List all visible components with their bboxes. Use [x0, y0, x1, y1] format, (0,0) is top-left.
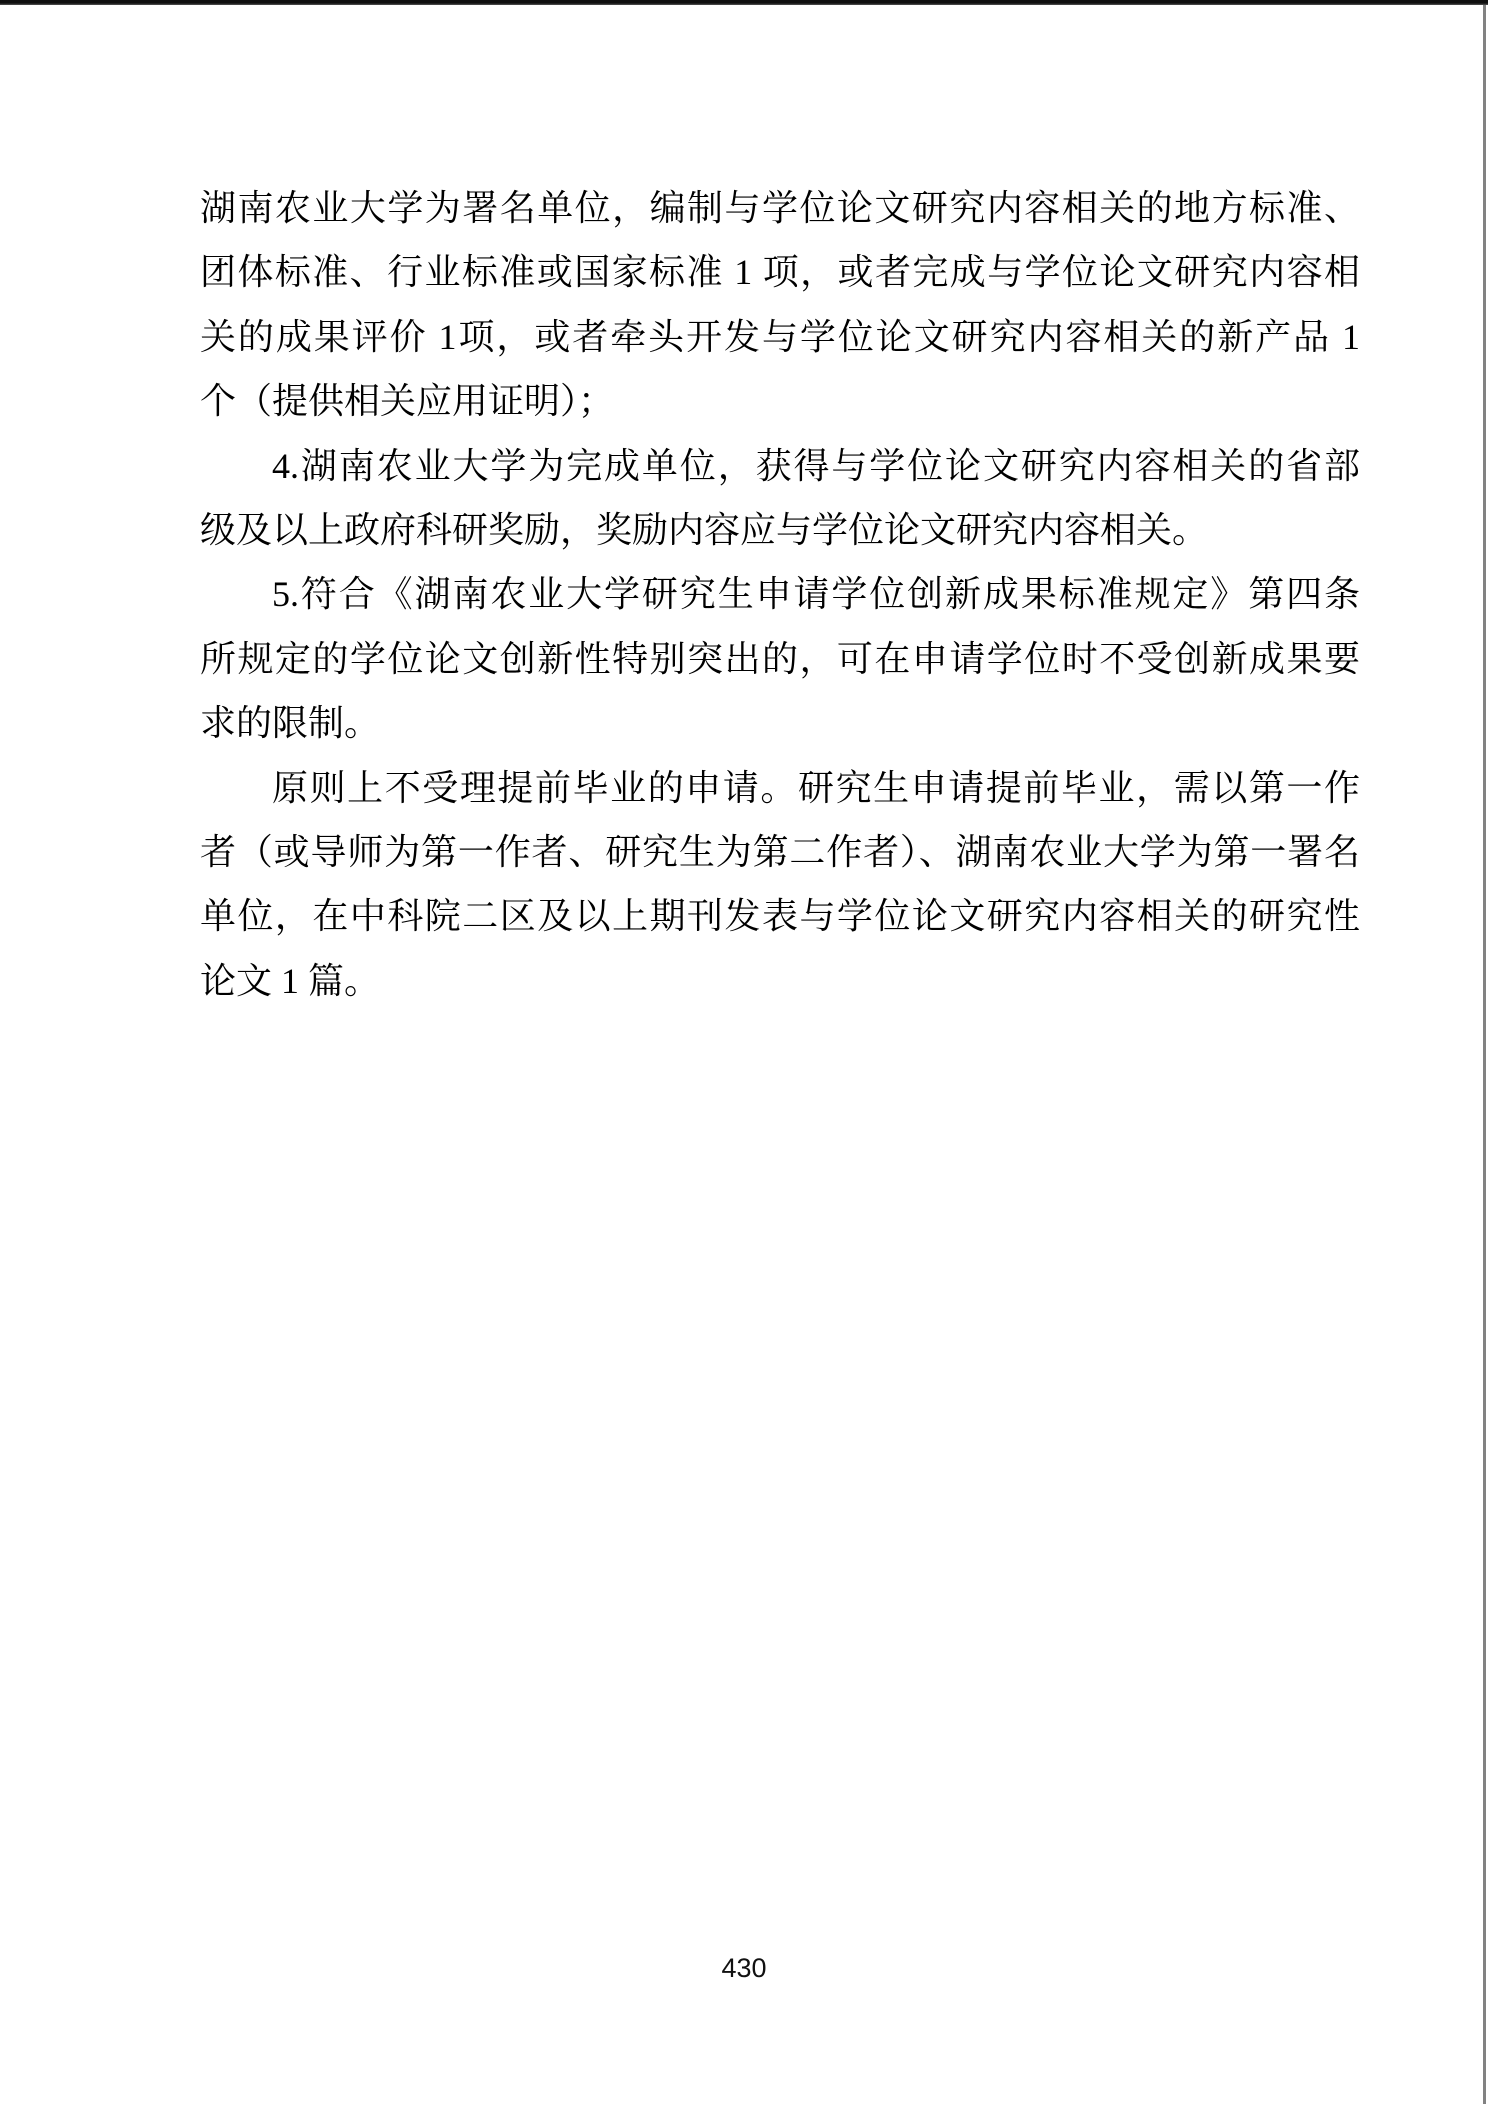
- text-line: 者（或导师为第一作者、研究生为第二作者）、湖南农业大学为第一署名: [200, 820, 1360, 884]
- text-line: 级及以上政府科研奖励，奖励内容应与学位论文研究内容相关。: [200, 498, 1360, 562]
- window-right-edge-line: [1483, 0, 1486, 2104]
- document-page: 湖南农业大学为署名单位，编制与学位论文研究内容相关的地方标准、 团体标准、行业标…: [0, 0, 1488, 2104]
- text-line: 5.符合《湖南农业大学研究生申请学位创新成果标准规定》第四条: [200, 562, 1360, 626]
- window-top-edge-bar: [0, 0, 1488, 5]
- text-line: 单位，在中科院二区及以上期刊发表与学位论文研究内容相关的研究性: [200, 884, 1360, 948]
- text-line: 关的成果评价 1项，或者牵头开发与学位论文研究内容相关的新产品 1: [200, 305, 1360, 369]
- text-line: 团体标准、行业标准或国家标准 1 项，或者完成与学位论文研究内容相: [200, 240, 1360, 304]
- text-line: 个（提供相关应用证明）；: [200, 369, 1360, 433]
- text-line: 论文 1 篇。: [200, 949, 1360, 1013]
- text-line: 原则上不受理提前毕业的申请。研究生申请提前毕业，需以第一作: [200, 756, 1360, 820]
- text-line: 所规定的学位论文创新性特别突出的，可在申请学位时不受创新成果要: [200, 627, 1360, 691]
- text-line: 求的限制。: [200, 691, 1360, 755]
- document-body-text: 湖南农业大学为署名单位，编制与学位论文研究内容相关的地方标准、 团体标准、行业标…: [200, 176, 1360, 1013]
- text-line: 湖南农业大学为署名单位，编制与学位论文研究内容相关的地方标准、: [200, 176, 1360, 240]
- page-number: 430: [0, 1955, 1488, 1982]
- text-line: 4.湖南农业大学为完成单位，获得与学位论文研究内容相关的省部: [200, 434, 1360, 498]
